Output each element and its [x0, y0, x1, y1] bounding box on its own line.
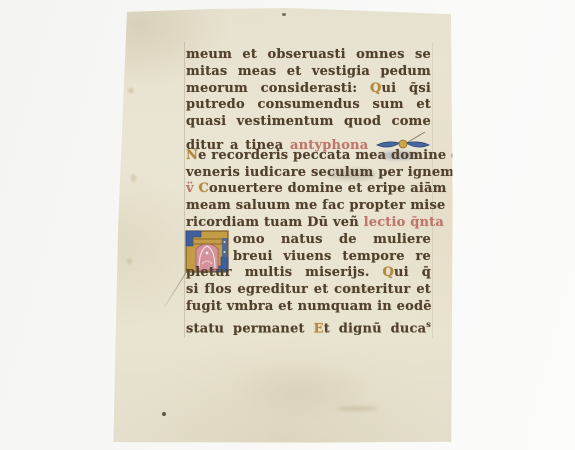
manuscript-leaf: H meum et obseruasti omnes semitas meas …: [112, 8, 453, 443]
text-segment: mitas meas et vestigia pedum: [186, 64, 431, 79]
speck-bottom: [162, 412, 166, 416]
text-segment: si flos egreditur et conteritur et: [186, 282, 431, 297]
text-segment-gold: E: [314, 321, 324, 336]
manuscript-text-line: ditur a tinea antyphona: [186, 131, 431, 148]
text-segment: statu permanet: [186, 321, 314, 336]
text-segment: meum et obseruasti omnes se: [186, 47, 431, 62]
text-segment-gold: Q: [370, 81, 382, 96]
text-segment: pletur multis miserijs.: [186, 265, 383, 280]
text-segment-rubric: lectio q̄nta: [364, 215, 444, 230]
text-segment: meorum considerasti:: [186, 81, 370, 96]
text-segment: s: [426, 319, 431, 329]
manuscript-text-line: breui viuens tempore re: [186, 249, 431, 266]
manuscript-text-line: veneris iudicare seculum per ignem: [186, 165, 431, 182]
ruling-line-left: [184, 42, 185, 338]
manuscript-text-line: fugit vmbra et numquam in eodē: [186, 299, 431, 316]
text-segment: meam saluum me fac propter mise: [186, 198, 445, 213]
text-segment: omo natus de muliere: [233, 232, 431, 247]
text-segment: ui q̄: [394, 265, 431, 280]
manuscript-text-line: meum et obseruasti omnes se: [186, 47, 431, 64]
text-segment: ui q̄si: [382, 81, 431, 96]
text-segment-gold: N: [186, 148, 198, 163]
text-segment: ricordiam tuam Dū veñ: [186, 215, 364, 230]
parchment-smudge: [337, 406, 377, 411]
manuscript-text-line: meam saluum me fac propter mise: [186, 198, 431, 215]
text-segment: breui viuens tempore re: [233, 249, 431, 264]
margin-stain: [128, 88, 134, 93]
manuscript-text-line: si flos egreditur et conteritur et: [186, 282, 431, 299]
text-segment: veneris iudicare seculum per ignem: [186, 165, 454, 180]
manuscript-text-line: Ne recorderis peccata mea domine dū: [186, 148, 431, 165]
manuscript-text-line: v̈ Conuertere domine et eripe aiām: [186, 181, 431, 198]
margin-stain: [127, 258, 132, 264]
text-segment-gold: Q: [383, 265, 395, 280]
manuscript-text-line: quasi vestimentum quod come: [186, 114, 431, 131]
margin-stain: [131, 174, 136, 182]
speck-top-edge: [282, 13, 286, 16]
text-segment: t dignū duca: [324, 321, 427, 336]
manuscript-text-line: statu permanet Et dignū ducas: [186, 316, 431, 333]
text-segment: e recorderis peccata mea domine dū: [198, 148, 470, 163]
manuscript-text-line: ricordiam tuam Dū veñ lectio q̄nta: [186, 215, 431, 232]
manuscript-text-line: meorum considerasti: Qui q̄si: [186, 81, 431, 98]
manuscript-text-block: meum et obseruasti omnes semitas meas et…: [186, 47, 431, 333]
manuscript-text-line: mitas meas et vestigia pedum: [186, 64, 431, 81]
text-segment: fugit vmbra et numquam in eodē: [186, 299, 432, 314]
manuscript-text-line: omo natus de muliere: [186, 232, 431, 249]
text-segment-gold: C: [198, 181, 209, 196]
text-segment: quasi vestimentum quod come: [186, 114, 431, 129]
manuscript-text-line: pletur multis miserijs. Qui q̄: [186, 265, 431, 282]
text-segment-rubric: v̈: [186, 181, 198, 196]
photo-backdrop: H meum et obseruasti omnes semitas meas …: [0, 0, 575, 450]
manuscript-text-line: putredo consumendus sum et: [186, 97, 431, 114]
text-segment: onuertere domine et eripe aiām: [209, 181, 447, 196]
text-segment: putredo consumendus sum et: [186, 97, 431, 112]
